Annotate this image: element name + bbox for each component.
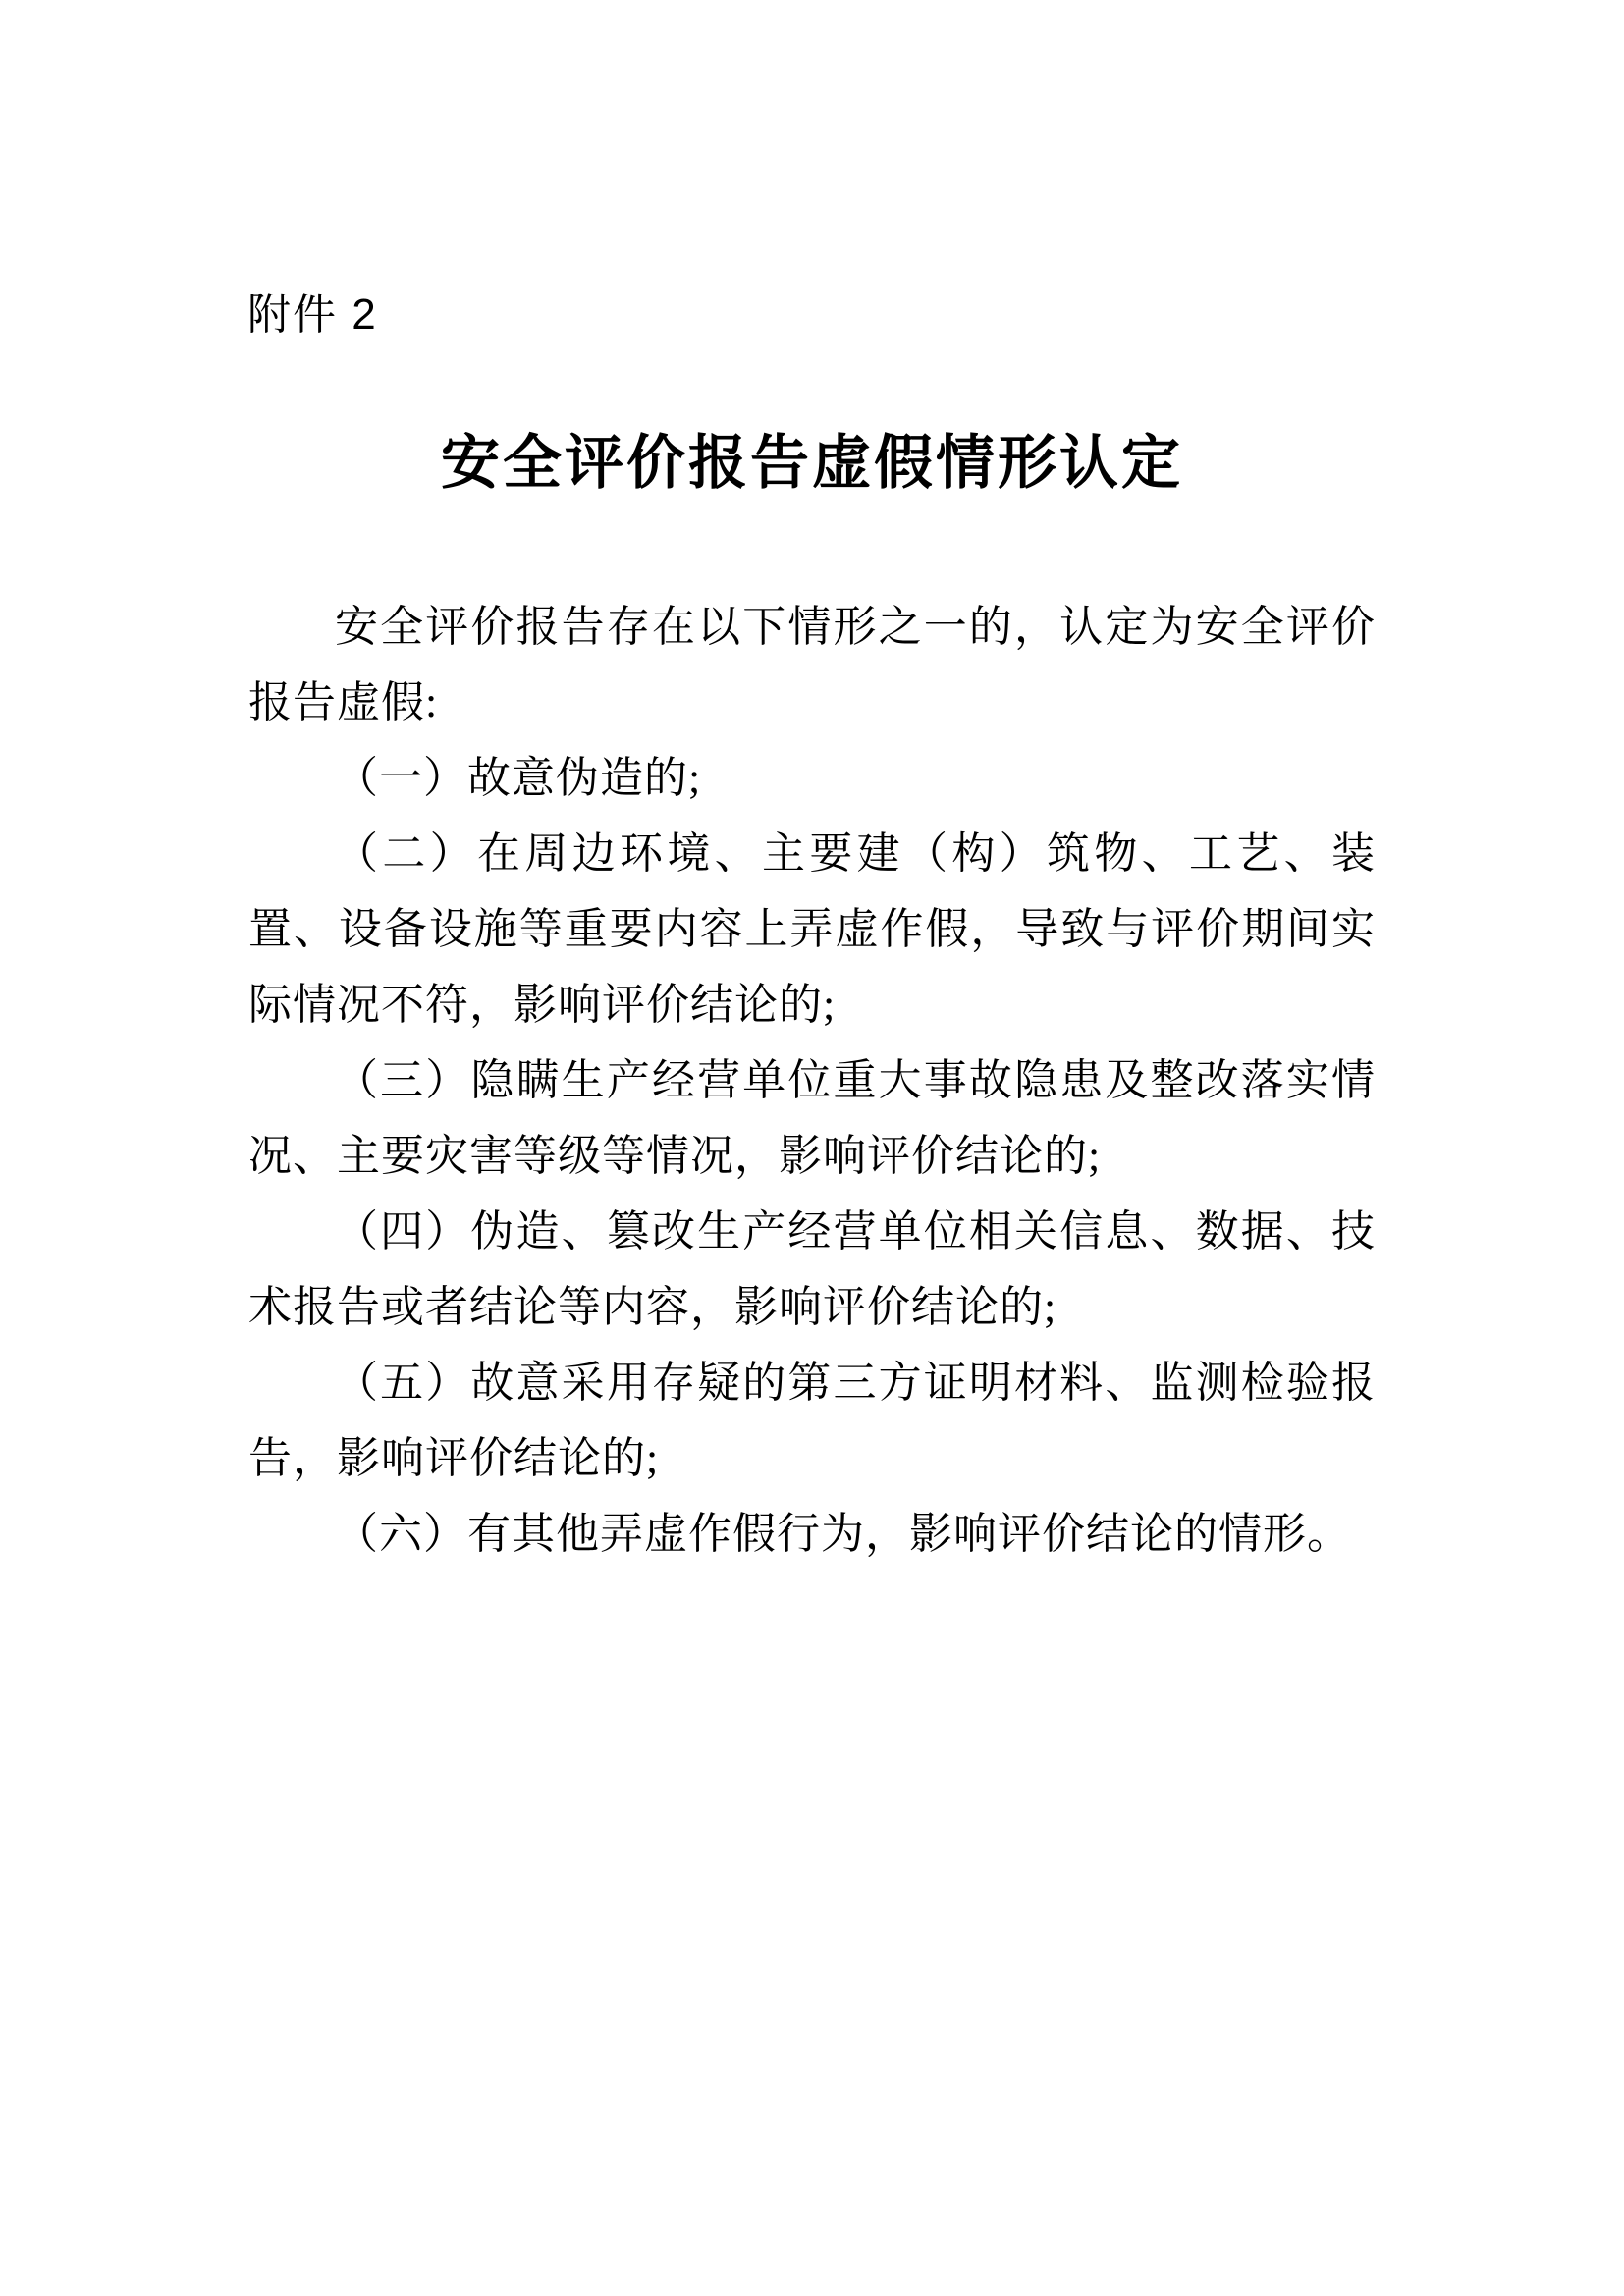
item-5-paragraph: （五）故意采用存疑的第三方证明材料、监测检验报告，影响评价结论的; bbox=[248, 1345, 1376, 1496]
item-3-paragraph: （三）隐瞒生产经营单位重大事故隐患及整改落实情况、主要灾害等级等情况，影响评价结… bbox=[248, 1042, 1376, 1194]
item-2-paragraph: （二）在周边环境、主要建（构）筑物、工艺、装置、设备设施等重要内容上弄虚作假，导… bbox=[248, 816, 1376, 1042]
document-body: 安全评价报告存在以下情形之一的，认定为安全评价报告虚假: （一）故意伪造的; （… bbox=[248, 589, 1376, 1572]
item-6-paragraph: （六）有其他弄虚作假行为，影响评价结论的情形。 bbox=[248, 1496, 1376, 1572]
item-4-paragraph: （四）伪造、篡改生产经营单位相关信息、数据、技术报告或者结论等内容，影响评价结论… bbox=[248, 1194, 1376, 1345]
attachment-label: 附件 2 bbox=[247, 290, 378, 341]
item-1-paragraph: （一）故意伪造的; bbox=[248, 740, 1376, 816]
document-title: 安全评价报告虚假情形认定 bbox=[248, 428, 1376, 499]
document-page: 附件 2 安全评价报告虚假情形认定 安全评价报告存在以下情形之一的，认定为安全评… bbox=[0, 0, 1624, 2296]
intro-paragraph: 安全评价报告存在以下情形之一的，认定为安全评价报告虚假: bbox=[248, 589, 1376, 740]
